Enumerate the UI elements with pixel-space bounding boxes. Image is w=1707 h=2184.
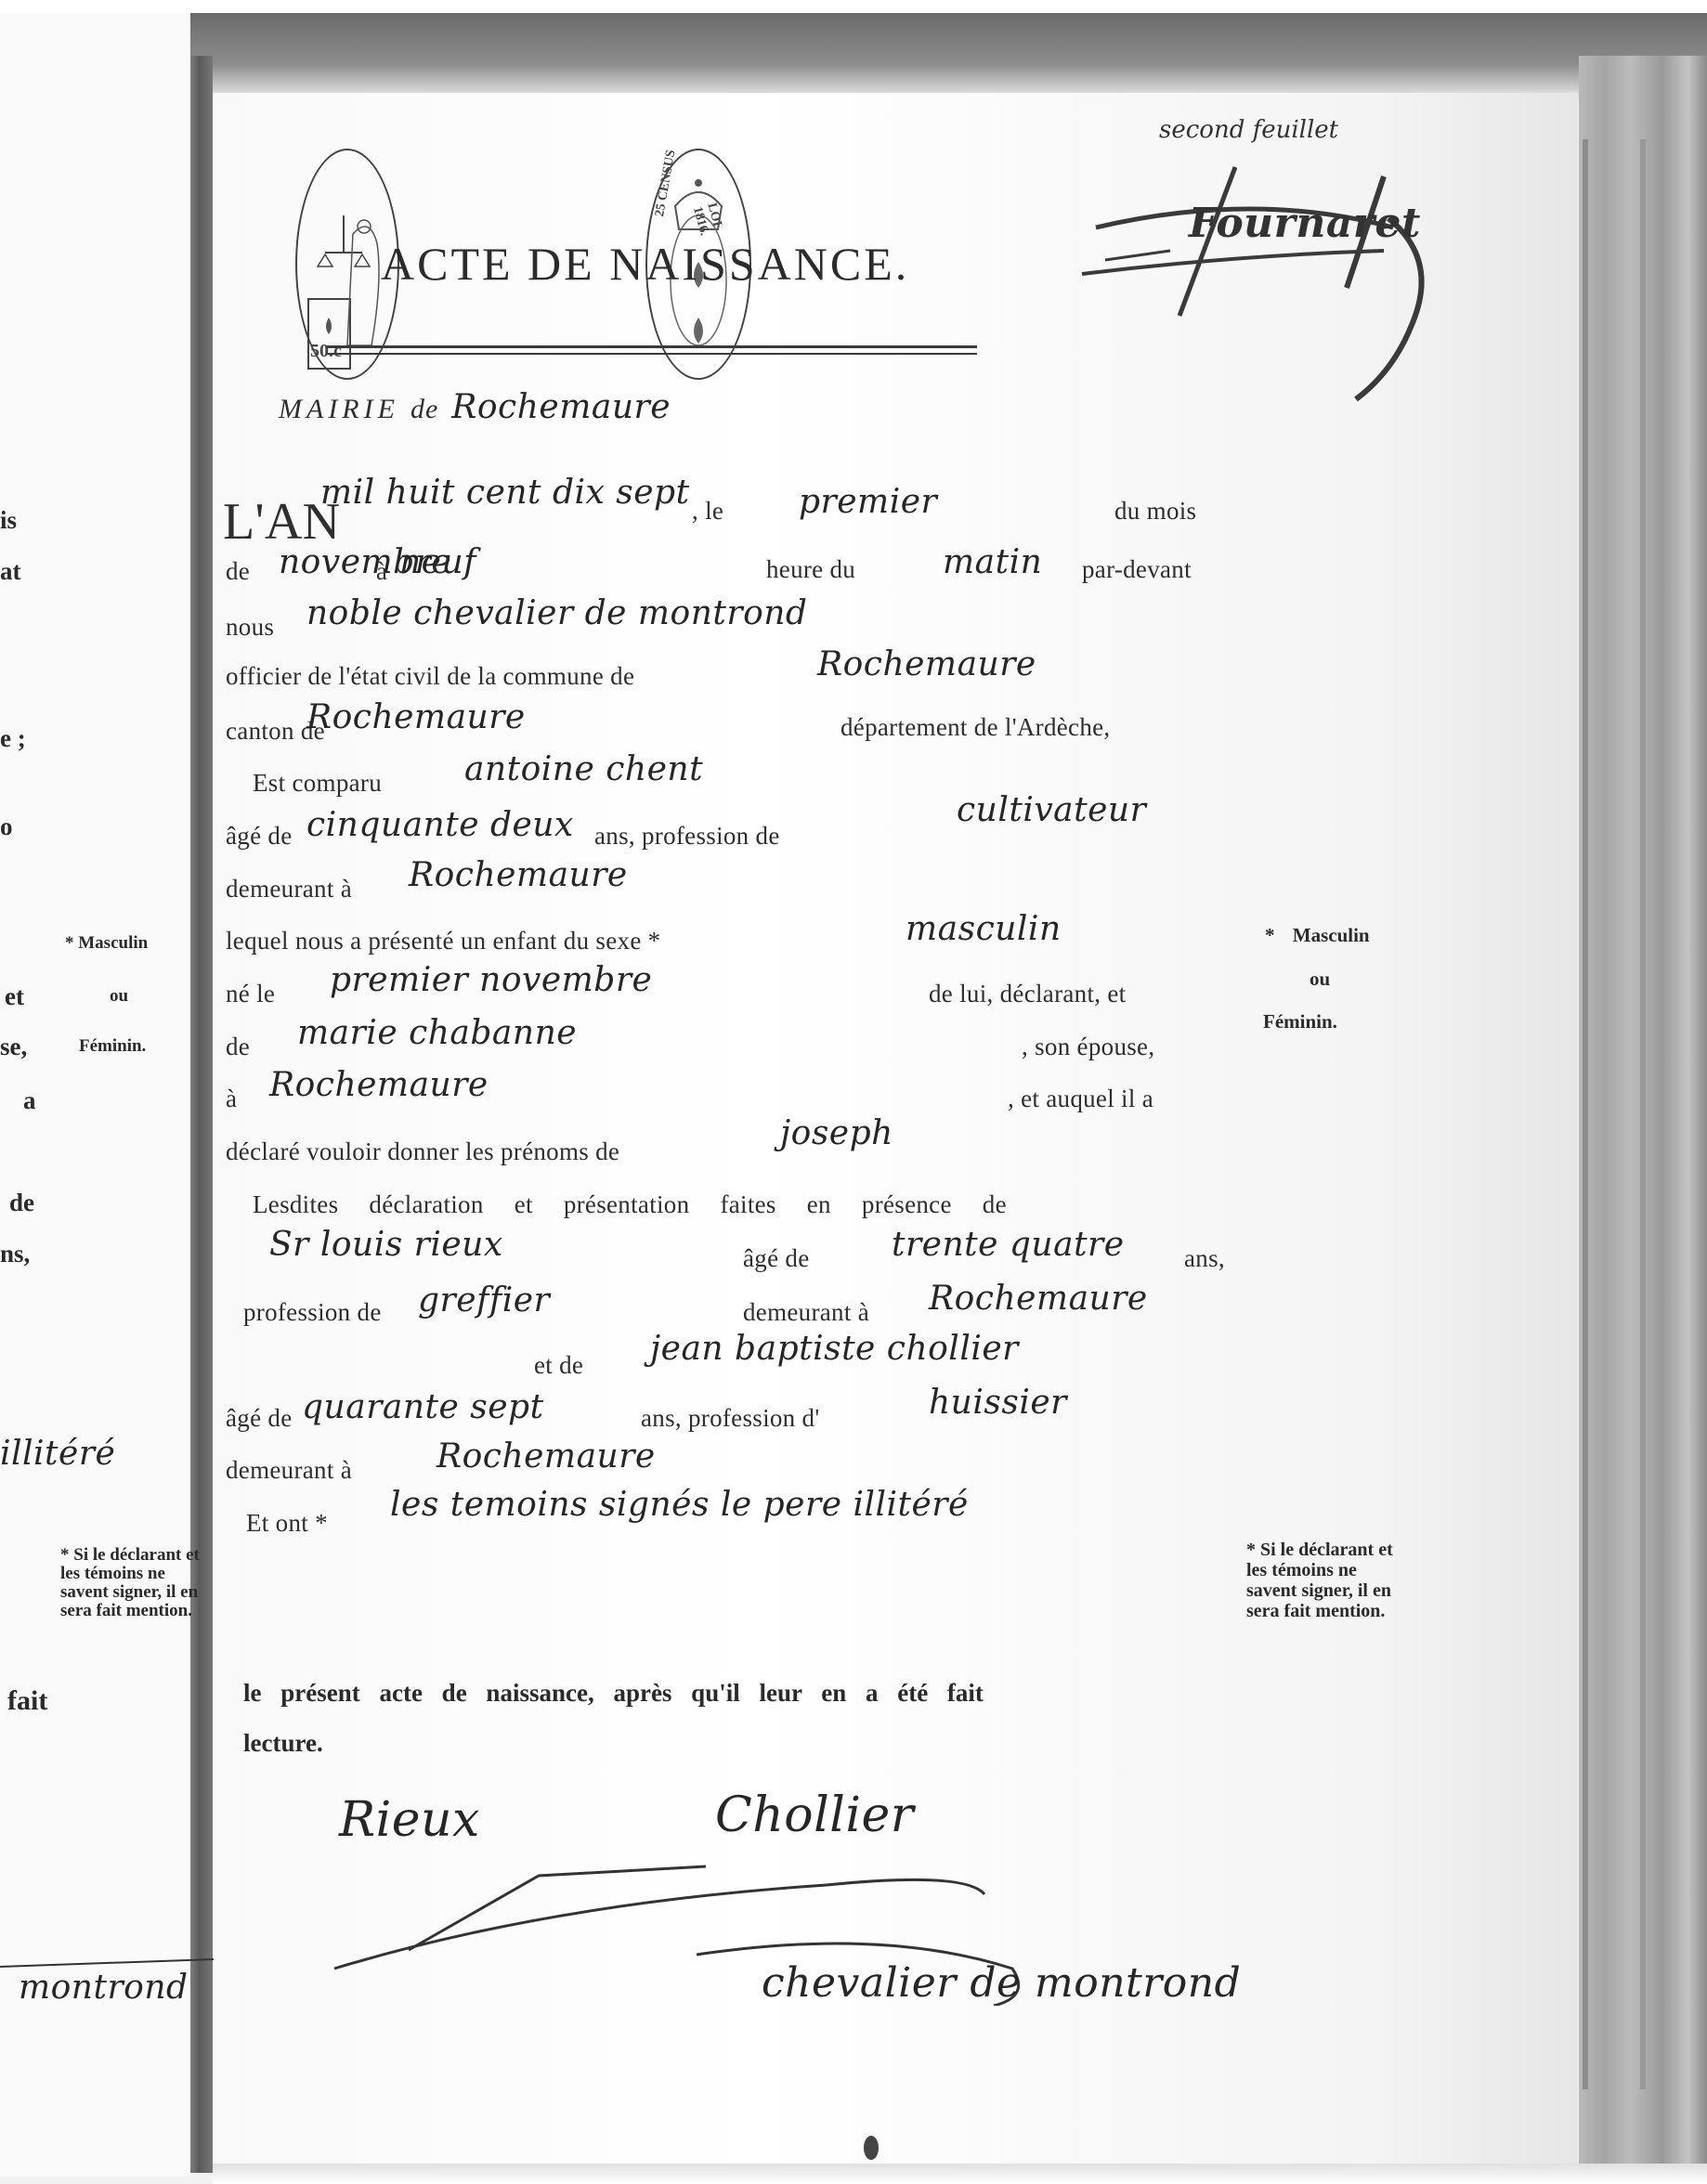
printed-text: ans, profession d' (641, 1404, 820, 1433)
printed-text: de (226, 557, 250, 586)
printed-text: ans, profession de (594, 822, 780, 851)
printed-text: demeurant à (226, 875, 352, 903)
printed-text: à (376, 557, 387, 586)
handwritten-witness2-age: quarante sept (302, 1388, 544, 1426)
handwritten-declarant-age: cinquante deux (306, 806, 574, 844)
left-fragment: se, (0, 1033, 27, 1061)
book-gutter (190, 56, 213, 2173)
printed-text: et de (534, 1351, 583, 1380)
register-top-shadow (167, 13, 1707, 106)
mairie-de: de (410, 394, 438, 424)
tax-stamp-value: 50.c (310, 341, 342, 362)
mairie-commune: Rochemaure (451, 388, 671, 426)
bottom-edge (213, 2164, 1707, 2184)
handwritten-witness1-residence: Rochemaure (929, 1280, 1148, 1318)
handwritten-birth-date: premier novembre (330, 961, 652, 999)
handwritten-declarant-profession: cultivateur (957, 791, 1146, 829)
handwritten-birth-place: Rochemaure (269, 1066, 489, 1104)
left-fragment: is (0, 506, 17, 535)
handwritten-day: premier (799, 483, 937, 521)
officer-signature: chevalier de montrond (762, 1959, 1241, 2007)
printed-text: déclaré vouloir donner les prénoms de (226, 1137, 619, 1166)
printed-text: heure du (766, 555, 855, 584)
witness-2-signature: Chollier (715, 1787, 914, 1843)
left-fragment: ns, (0, 1240, 30, 1268)
printed-text: âgé de (743, 1244, 810, 1273)
handwritten-witness2-profession: huissier (929, 1384, 1067, 1422)
handwritten-canton: Rochemaure (306, 698, 526, 736)
printed-text: du mois (1114, 497, 1196, 526)
printed-text: département de l'Ardèche, (840, 713, 1110, 742)
handwritten-commune: Rochemaure (817, 645, 1036, 683)
left-fragment: o (0, 812, 13, 841)
handwritten-child-name: joseph (780, 1114, 893, 1152)
left-signature-note: * Si le déclarant et les témoins ne save… (60, 1546, 209, 1620)
title-rule (327, 345, 977, 348)
printed-text: lecture. (243, 1729, 323, 1758)
handwritten-hour: neuf (399, 543, 476, 581)
asterisk-marker: * (1265, 924, 1275, 946)
handwritten-year: mil huit cent dix sept (320, 474, 690, 512)
left-fragment: at (0, 557, 21, 586)
sex-note-line2: ou (1310, 968, 1330, 991)
handwritten-signing-statement: les temoins signés le pere illitéré (390, 1486, 969, 1524)
document-title: ACTE DE NAISSANCE. (381, 237, 909, 291)
left-handwritten-fragment: illitéré (0, 1435, 115, 1473)
paraphe-signature-flourish (1068, 139, 1449, 409)
printed-text: , son épouse, (1022, 1033, 1154, 1061)
printed-text: âgé de (226, 1404, 293, 1433)
printed-text: demeurant à (226, 1456, 352, 1485)
handwritten-declarant-residence: Rochemaure (409, 856, 628, 894)
printed-text: Lesdites déclaration et présentation fai… (253, 1190, 1007, 1219)
stacked-page-edges (1579, 56, 1707, 2182)
printed-text: Est comparu (253, 769, 382, 798)
printed-text: de (226, 1033, 250, 1061)
handwritten-sex: masculin (906, 910, 1062, 948)
left-fragment: e ; (0, 724, 26, 753)
witness-1-signature: Rieux (339, 1792, 480, 1848)
printed-text: par-devant (1082, 555, 1192, 584)
printed-text: profession de (243, 1298, 382, 1327)
mairie-label: MAIRIE (279, 394, 399, 424)
printed-text: de lui, déclarant, et (929, 980, 1126, 1008)
mairie-line: MAIRIE de Rochemaure (279, 388, 671, 426)
sex-note: * Masculin (1265, 924, 1370, 947)
handwritten-witness1-profession: greffier (418, 1281, 550, 1319)
left-fragment: fait (7, 1685, 47, 1717)
left-fragment: de (9, 1189, 34, 1217)
page-edge-line (1640, 139, 1646, 2089)
printed-text: , le (692, 497, 723, 526)
printed-text: Et ont * (246, 1509, 328, 1538)
left-sex-note-line2: ou (110, 986, 128, 1007)
printed-text: nous (226, 613, 274, 642)
sex-note-line3: Féminin. (1263, 1010, 1337, 1033)
handwritten-officer-name: noble chevalier de montrond (306, 594, 807, 632)
handwritten-declarant-name: antoine chent (464, 750, 703, 788)
printed-text: né le (226, 980, 275, 1008)
title-rule (327, 353, 977, 355)
printed-text: officier de l'état civil de la commune d… (226, 662, 634, 691)
handwritten-witness1-age: trente quatre (892, 1226, 1125, 1264)
printed-text: , et auquel il a (1008, 1085, 1153, 1113)
handwritten-witness1-name: Sr louis rieux (269, 1226, 503, 1264)
handwritten-mother-name: marie chabanne (297, 1014, 577, 1052)
signature-note: * Si le déclarant et les témoins ne save… (1246, 1540, 1409, 1621)
handwritten-time-of-day: matin (943, 543, 1042, 581)
left-fragment: a (23, 1086, 36, 1115)
page-edge-line (1583, 139, 1588, 2089)
printed-text: le présent acte de naissance, après qu'i… (243, 1679, 984, 1708)
printed-text: âgé de (226, 822, 293, 851)
printed-text: à (226, 1085, 237, 1113)
left-fragment: et (5, 982, 24, 1011)
handwritten-witness2-name: jean baptiste chollier (650, 1330, 1019, 1368)
printed-text: lequel nous a présenté un enfant du sexe… (226, 927, 660, 955)
printed-text: demeurant à (743, 1298, 869, 1327)
left-handwritten-fragment: montrond (19, 1969, 189, 2007)
left-sex-note-line1: * Masculin (65, 933, 148, 954)
ink-spot (864, 2136, 879, 2160)
handwritten-witness2-residence: Rochemaure (437, 1437, 656, 1475)
printed-text: ans, (1184, 1244, 1225, 1273)
paraphe-signature: Fournaret (1189, 200, 1421, 247)
left-sex-note-line3: Féminin. (79, 1036, 146, 1057)
